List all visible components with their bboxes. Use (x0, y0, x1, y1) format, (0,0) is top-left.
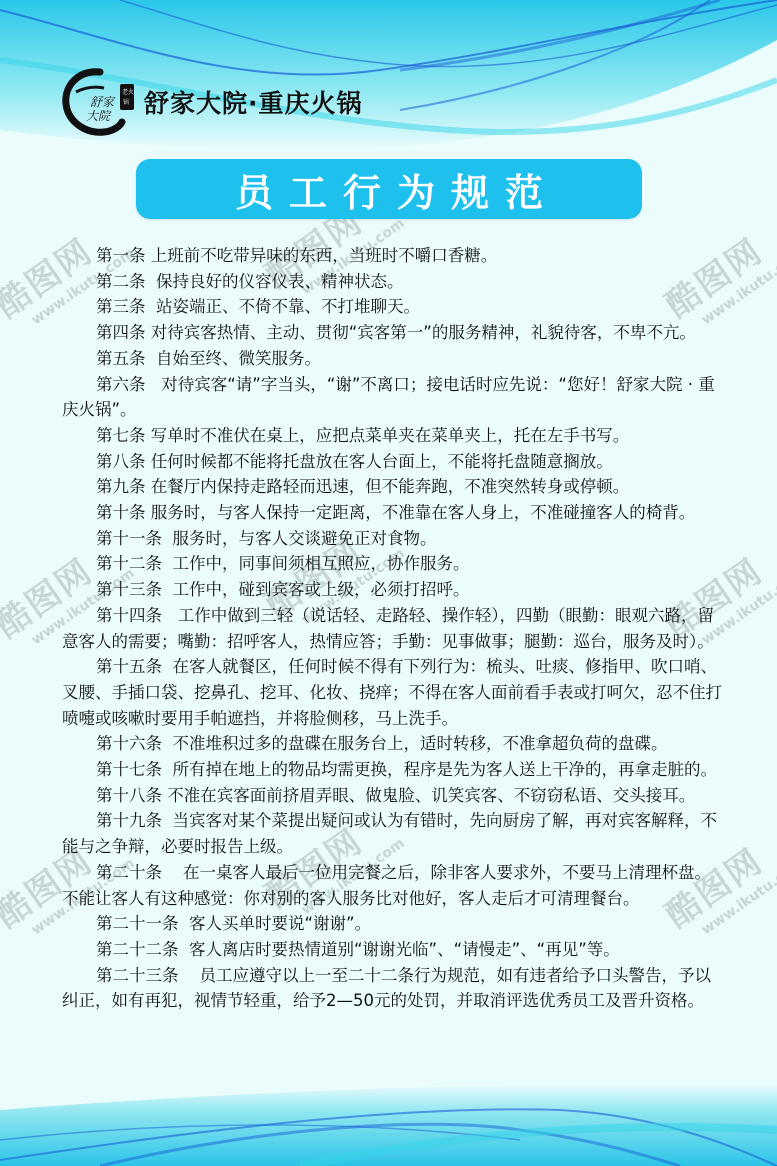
svg-text:大院: 大院 (86, 109, 112, 123)
svg-text:锅: 锅 (123, 98, 129, 106)
svg-text:老火: 老火 (122, 88, 134, 96)
rule-item: 第十条 服务时，与客人保持一定距离，不准靠在客人身上，不准碰撞客人的椅背。 (62, 500, 722, 526)
rule-item: 第三条 站姿端正、不倚不靠、不打堆聊天。 (62, 294, 722, 320)
rule-item: 第十四条 工作中做到三轻（说话轻、走路轻、操作轻），四勤（眼勤：眼观六路，留意客… (62, 603, 722, 654)
rules-list: 第一条 上班前不吃带异味的东西，当班时不嚼口香糖。 第二条 保持良好的仪容仪表、… (62, 243, 722, 1014)
rule-item: 第二十一条 客人买单时要说“谢谢”。 (62, 911, 722, 937)
rule-item: 第八条 任何时候都不能将托盘放在客人台面上，不能将托盘随意搁放。 (62, 449, 722, 475)
title-banner: 员工行为规范 (136, 159, 642, 219)
rule-item: 第十二条 工作中，同事间须相互照应，协作服务。 (62, 551, 722, 577)
rule-item: 第十三条 工作中，碰到宾客或上级，必须打招呼。 (62, 577, 722, 603)
rule-item: 第二十条 在一桌客人最后一位用完餐之后，除非客人要求外，不要马上清理杯盘。不能让… (62, 860, 722, 911)
rule-item: 第十九条 当宾客对某个菜提出疑问或认为有错时，先向厨房了解，再对宾客解释，不能与… (62, 808, 722, 859)
brand-name: 舒家大院·重庆火锅 (144, 84, 363, 120)
rule-item: 第十六条 不准堆积过多的盘碟在服务台上，适时转移，不准拿超负荷的盘碟。 (62, 731, 722, 757)
rule-item: 第二条 保持良好的仪容仪表、精神状态。 (62, 269, 722, 295)
svg-text:舒家: 舒家 (90, 95, 116, 109)
rule-item: 第五条 自始至终、微笑服务。 (62, 346, 722, 372)
rule-item: 第六条 对待宾客“请”字当头，“谢”不离口；接电话时应先说：“您好！舒家大院 ·… (62, 372, 722, 423)
rule-item: 第二十二条 客人离店时要热情道别“谢谢光临”、“请慢走”、“再见”等。 (62, 937, 722, 963)
rule-item: 第一条 上班前不吃带异味的东西，当班时不嚼口香糖。 (62, 243, 722, 269)
rule-item: 第十八条 不准在宾客面前挤眉弄眼、做鬼脸、讥笑宾客、不窃窃私语、交头接耳。 (62, 783, 722, 809)
rule-item: 第九条 在餐厅内保持走路轻而迅速，但不能奔跑，不准突然转身或停顿。 (62, 474, 722, 500)
rule-item: 第十一条 服务时，与客人交谈避免正对食物。 (62, 526, 722, 552)
rule-item: 第二十三条 员工应遵守以上一至二十二条行为规范，如有违者给予口头警告，予以纠正，… (62, 963, 722, 1014)
rule-item: 第十五条 在客人就餐区，任何时候不得有下列行为：梳头、吐痰、修指甲、吹口哨、叉腰… (62, 654, 722, 731)
brush-circle-logo-icon: 舒家 大院 老火 锅 (60, 66, 140, 138)
brand-header: 舒家 大院 老火 锅 舒家大院·重庆火锅 (60, 66, 460, 138)
rule-item: 第七条 写单时不准伏在桌上，应把点菜单夹在菜单夹上，托在左手书写。 (62, 423, 722, 449)
rule-item: 第四条 对待宾客热情、主动、贯彻“宾客第一”的服务精神，礼貌待客，不卑不亢。 (62, 320, 722, 346)
page-title: 员工行为规范 (235, 162, 559, 217)
rule-item: 第十七条 所有掉在地上的物品均需更换，程序是先为客人送上干净的，再拿走脏的。 (62, 757, 722, 783)
